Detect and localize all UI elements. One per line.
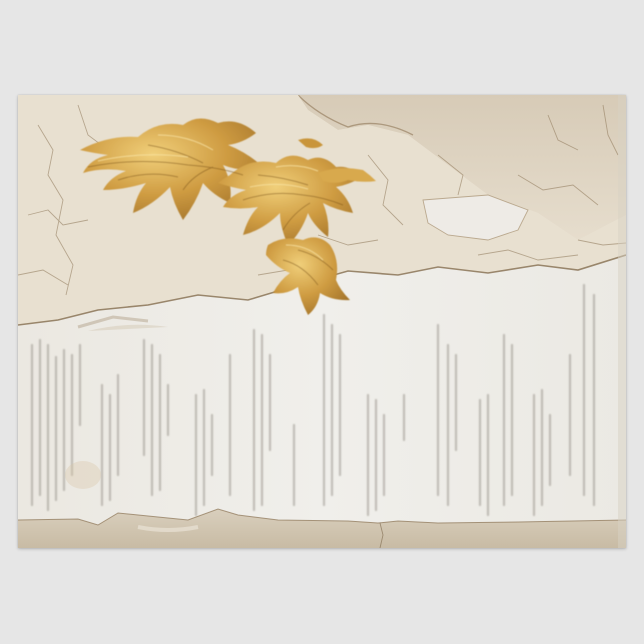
artwork-card: [18, 95, 626, 548]
page-background: [0, 0, 644, 644]
plaster-wall-artwork: [18, 95, 626, 548]
